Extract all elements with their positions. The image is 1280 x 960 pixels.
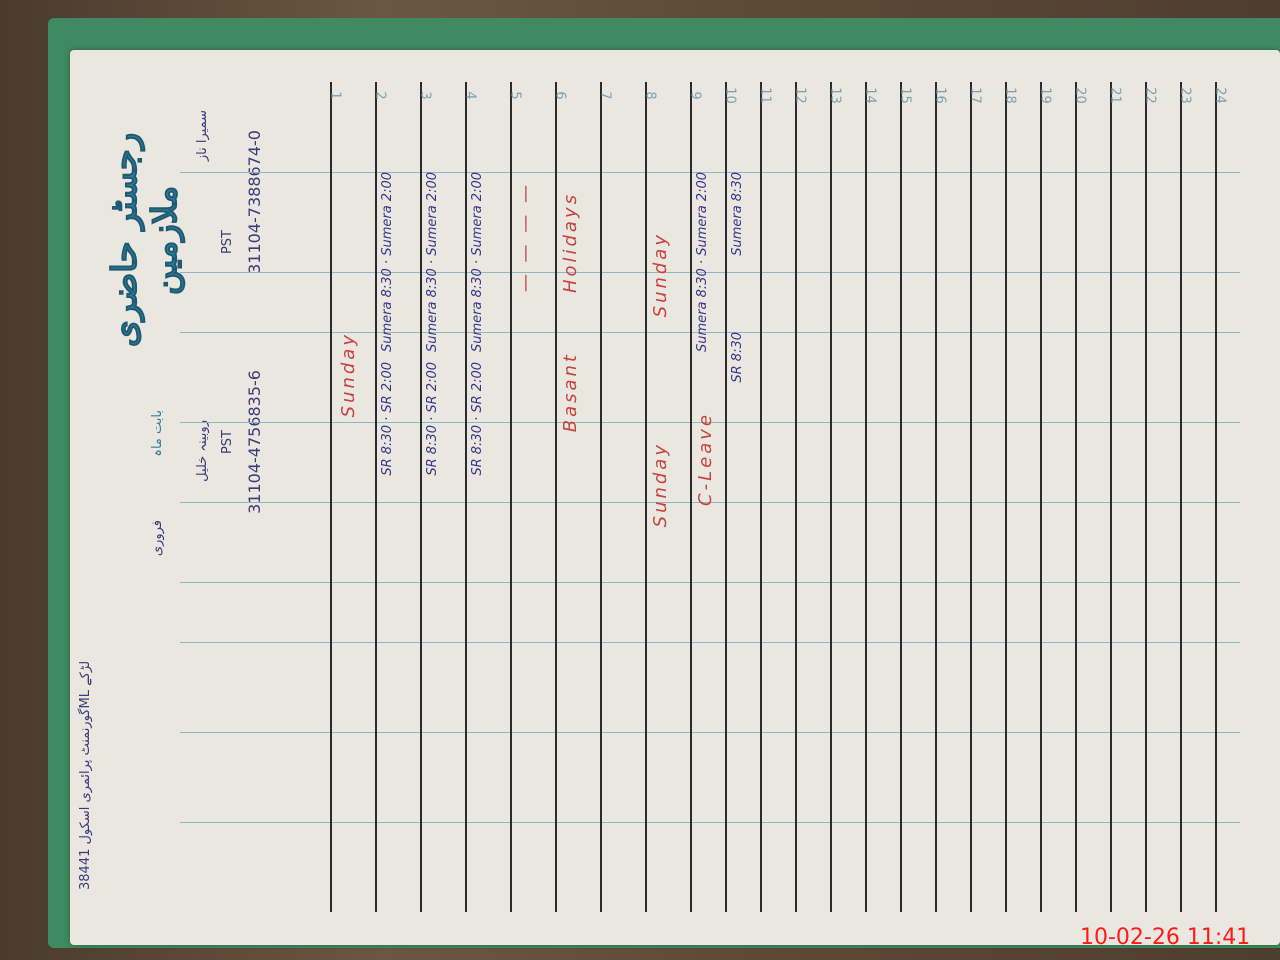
day-20: 20 — [1073, 81, 1088, 111]
photo-timestamp: 10-02-26 11:41 — [1080, 925, 1250, 950]
day-21: 21 — [1108, 81, 1123, 111]
entry-day6-emp2: Basant — [560, 352, 581, 432]
register-title: رجسٹر حاضری ملازمین — [105, 90, 185, 390]
day-15: 15 — [898, 81, 913, 111]
day-23: 23 — [1178, 81, 1193, 111]
entry-day5-emp1: — — — — — [515, 182, 536, 292]
day-22: 22 — [1143, 81, 1158, 111]
entry-day3-emp1: Sumera 8:30 · Sumera 2:00 — [425, 172, 440, 352]
day-6: 6 — [553, 81, 568, 111]
day-8: 8 — [643, 81, 658, 111]
entry-day2-emp2: SR 8:30 · SR 2:00 — [380, 362, 395, 476]
day-19: 19 — [1038, 81, 1053, 111]
day-12: 12 — [793, 81, 808, 111]
day-1: 1 — [328, 81, 343, 111]
day-10: 10 — [723, 81, 738, 111]
entry-day8-emp2: Sunday — [650, 442, 671, 527]
day-17: 17 — [968, 81, 983, 111]
day-5: 5 — [508, 81, 523, 111]
day-16: 16 — [933, 81, 948, 111]
day-7: 7 — [598, 81, 613, 111]
entry-day10-emp2: SR 8:30 — [730, 332, 745, 383]
day-2: 2 — [373, 81, 388, 111]
month-value: فروری — [150, 520, 165, 556]
entry-day8-emp1: Sunday — [650, 232, 671, 317]
day-24: 24 — [1213, 81, 1228, 111]
month-label: بابت ماہ — [150, 410, 165, 457]
entry-day6-emp1: Holidays — [560, 192, 581, 293]
day-9: 9 — [688, 81, 703, 111]
entry-day4-emp2: SR 8:30 · SR 2:00 — [470, 362, 485, 476]
attendance-grid: 1 2 3 4 5 6 7 8 9 10 11 12 13 14 15 16 1… — [180, 82, 1240, 912]
day-18: 18 — [1003, 81, 1018, 111]
entry-day2-emp1: Sumera 8:30 · Sumera 2:00 — [380, 172, 395, 352]
entry-day9-emp2: C-Leave — [695, 412, 716, 506]
entry-day1-emp2: Sunday — [338, 332, 359, 417]
day-14: 14 — [863, 81, 878, 111]
school-name-line: گورنمنٹ پرائمری اسکول 38441ML لڑکے — [78, 110, 93, 890]
day-3: 3 — [418, 81, 433, 111]
day-11: 11 — [758, 81, 773, 111]
entry-day9-emp1: Sumera 8:30 · Sumera 2:00 — [695, 172, 710, 352]
day-4: 4 — [463, 81, 478, 111]
day-13: 13 — [828, 81, 843, 111]
entry-day3-emp2: SR 8:30 · SR 2:00 — [425, 362, 440, 476]
entry-day4-emp1: Sumera 8:30 · Sumera 2:00 — [470, 172, 485, 352]
entry-day10-emp1: Sumera 8:30 — [730, 172, 745, 256]
